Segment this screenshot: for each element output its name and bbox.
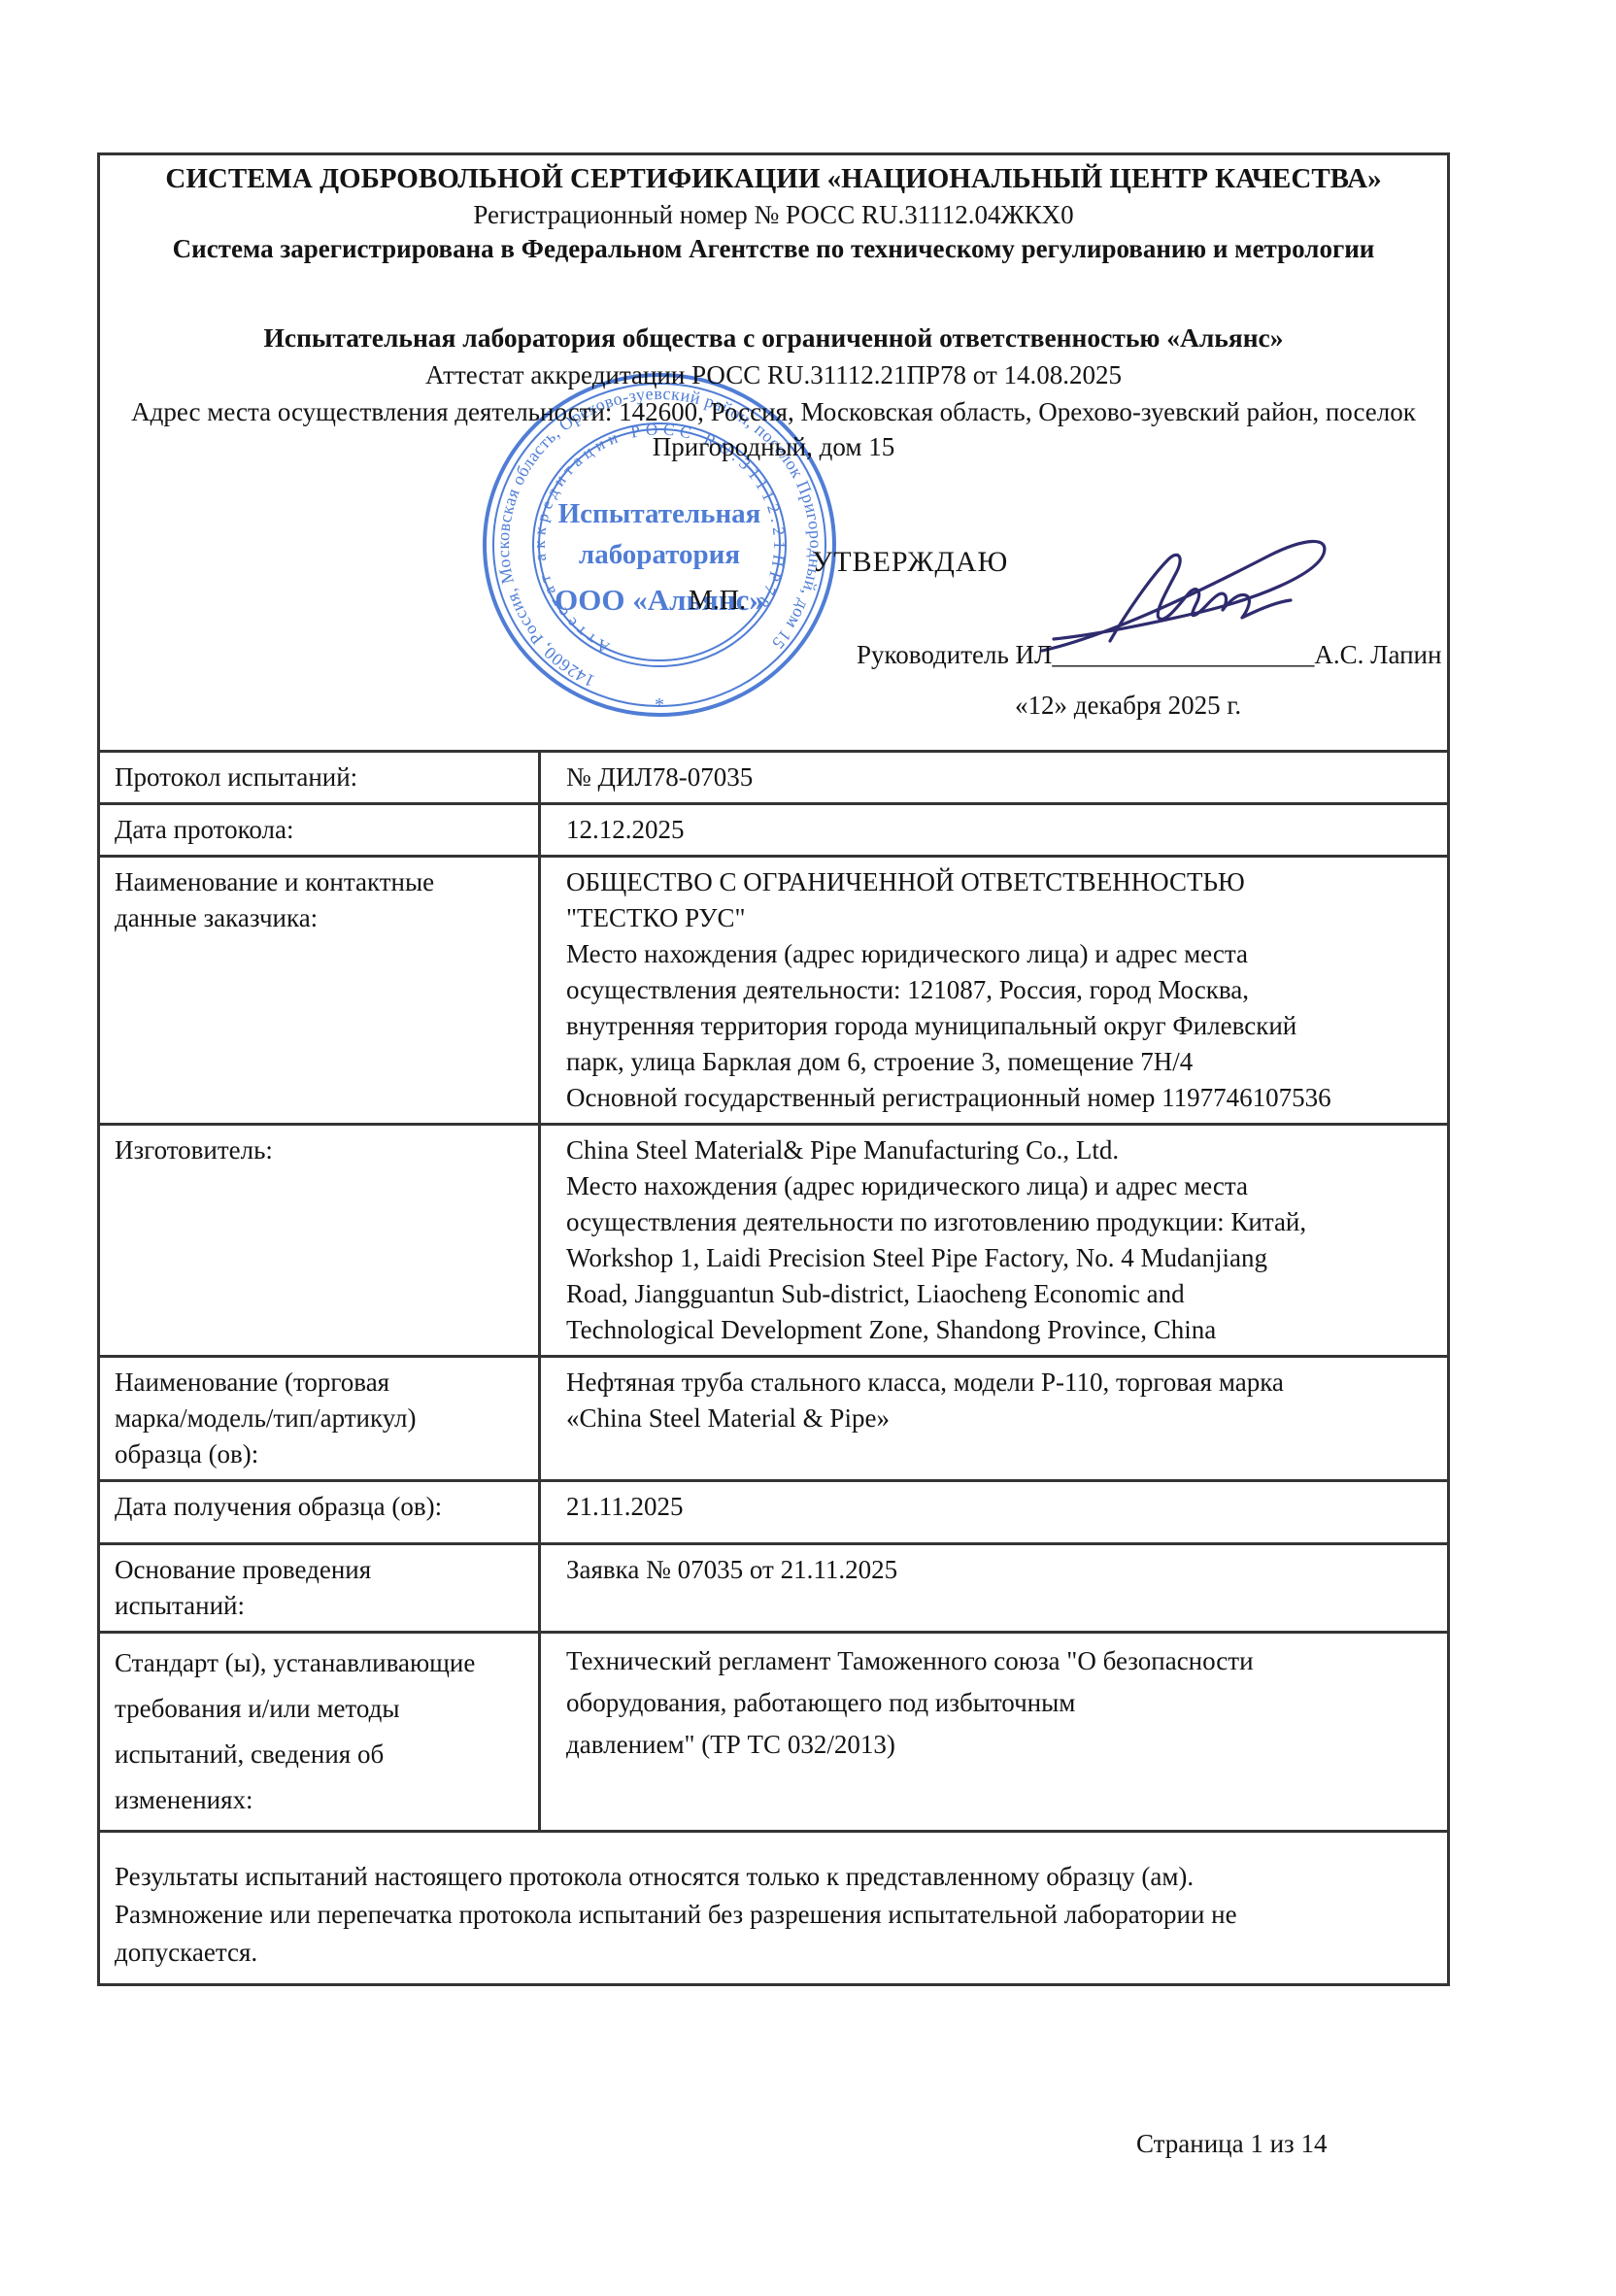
row-value: Заявка № 07035 от 21.11.2025 [541,1545,1447,1631]
stamp-center-line2: лаборатория [579,539,740,570]
certification-system-title: СИСТЕМА ДОБРОВОЛЬНОЙ СЕРТИФИКАЦИИ «НАЦИО… [100,163,1447,195]
table-row-sample-name: Наименование (торговая марка/модель/тип/… [100,1358,1447,1482]
table-row-customer: Наименование и контактные данные заказчи… [100,858,1447,1126]
results-disclaimer-note: Результаты испытаний настоящего протокол… [100,1833,1447,1983]
row-label: Стандарт (ы), устанавливающие требования… [100,1634,541,1830]
row-label: Дата получения образца (ов): [100,1482,541,1542]
stamp-bottom-mark: * [655,694,664,716]
row-label: Наименование и контактные данные заказчи… [100,858,541,1123]
row-value: № ДИЛ78-07035 [541,753,1447,802]
laboratory-title: Испытательная лаборатория общества с огр… [100,322,1447,354]
row-value: China Steel Material& Pipe Manufacturing… [541,1126,1447,1355]
row-value: 21.11.2025 [541,1482,1447,1542]
table-row-protocol-number: Протокол испытаний: № ДИЛ78-07035 [100,753,1447,805]
table-row-standards: Стандарт (ы), устанавливающие требования… [100,1634,1447,1833]
table-row-manufacturer: Изготовитель: China Steel Material& Pipe… [100,1126,1447,1358]
row-label: Протокол испытаний: [100,753,541,802]
row-label: Дата протокола: [100,805,541,855]
row-label: Изготовитель: [100,1126,541,1355]
row-label: Наименование (торговая марка/модель/тип/… [100,1358,541,1479]
table-row-test-basis: Основание проведения испытаний: Заявка №… [100,1545,1447,1634]
document-header: СИСТЕМА ДОБРОВОЛЬНОЙ СЕРТИФИКАЦИИ «НАЦИО… [100,155,1447,753]
seal-place-label: М.П. [689,586,746,617]
system-registered-note: Система зарегистрирована в Федеральном А… [100,234,1447,264]
laboratory-stamp: 142600, Россия, Московская область, Орех… [479,369,840,721]
stamp-center-line1: Испытательная [558,498,761,529]
approval-date: «12» декабря 2025 г. [1015,691,1241,721]
table-row-sample-received-date: Дата получения образца (ов): 21.11.2025 [100,1482,1447,1545]
row-label: Основание проведения испытаний: [100,1545,541,1631]
head-of-lab-name: А.С. Лапин [1314,640,1441,669]
registration-number: Регистрационный номер № РОСС RU.31112.04… [100,200,1447,230]
approve-label: УТВЕРЖДАЮ [812,546,1008,579]
row-value: Нефтяная труба стального класса, модели … [541,1358,1447,1479]
page-number: Страница 1 из 14 [1136,2129,1327,2159]
head-of-lab-prefix: Руководитель ИЛ [857,640,1052,669]
row-value: Технический регламент Таможенного союза … [541,1634,1447,1830]
head-of-lab-line: Руководитель ИЛ____________________А.С. … [857,640,1441,670]
protocol-document-page: СИСТЕМА ДОБРОВОЛЬНОЙ СЕРТИФИКАЦИИ «НАЦИО… [0,0,1616,2296]
document-frame: СИСТЕМА ДОБРОВОЛЬНОЙ СЕРТИФИКАЦИИ «НАЦИО… [97,152,1450,1986]
row-value: ОБЩЕСТВО С ОГРАНИЧЕННОЙ ОТВЕТСТВЕННОСТЬЮ… [541,858,1447,1123]
signature-line: ____________________ [1052,640,1314,669]
row-value: 12.12.2025 [541,805,1447,855]
table-row-protocol-date: Дата протокола: 12.12.2025 [100,805,1447,858]
